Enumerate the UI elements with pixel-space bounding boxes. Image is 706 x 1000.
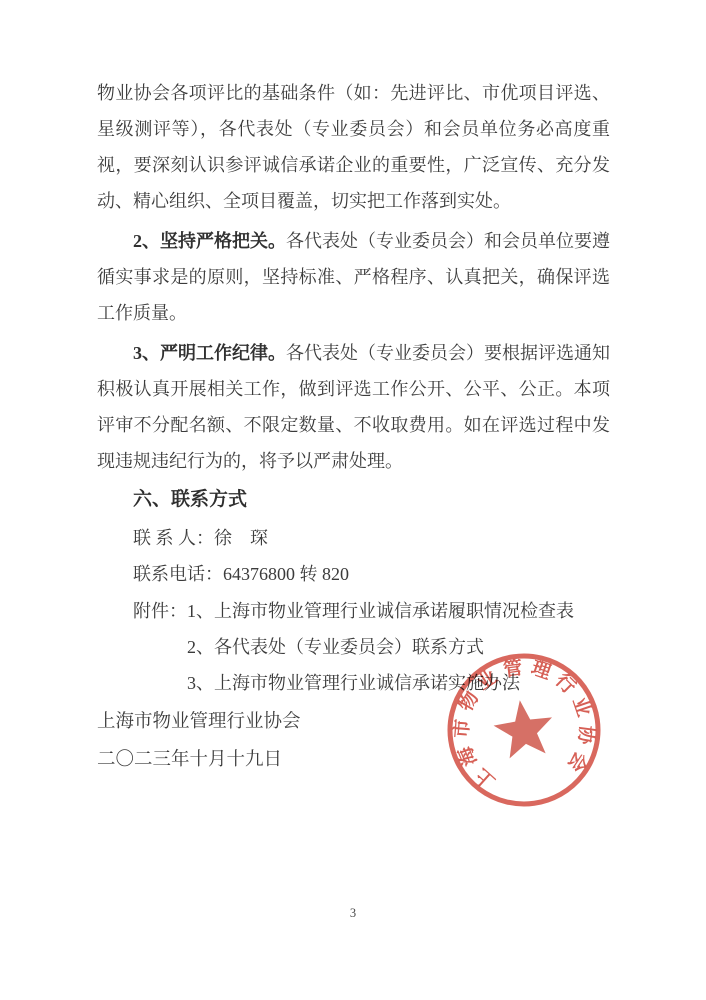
paragraph-text: 物业协会各项评比的基础条件（如：先进评比、市优项目评选、星级测评等），各代表处（… [97, 83, 610, 211]
attachments-list: 1、上海市物业管理行业诚信承诺履职情况检查表 2、各代表处（专业委员会）联系方式… [187, 593, 610, 701]
body-paragraph-continuation: 物业协会各项评比的基础条件（如：先进评比、市优项目评选、星级测评等），各代表处（… [97, 75, 610, 219]
contact-person-label: 联 系 人： [133, 528, 214, 548]
contact-phone-line: 联系电话：64376800 转 820 [97, 556, 610, 592]
signature-date: 二〇二三年十月十九日 [97, 742, 610, 778]
paragraph-lead: 2、坚持严格把关。 [133, 231, 286, 251]
attachments-label: 附件： [133, 593, 187, 701]
contact-person-line: 联 系 人：徐 琛 [97, 520, 610, 556]
section-heading-contact: 六、联系方式 [97, 482, 610, 518]
attachment-item: 2、各代表处（专业委员会）联系方式 [187, 629, 610, 665]
document-page: 物业协会各项评比的基础条件（如：先进评比、市优项目评选、星级测评等），各代表处（… [0, 0, 706, 1000]
attachment-item: 1、上海市物业管理行业诚信承诺履职情况检查表 [187, 593, 610, 629]
document-body: 物业协会各项评比的基础条件（如：先进评比、市优项目评选、星级测评等），各代表处（… [97, 75, 610, 778]
contact-phone-value: 64376800 转 820 [223, 564, 349, 584]
paragraph-lead: 3、严明工作纪律。 [133, 343, 286, 363]
body-paragraph-3: 3、严明工作纪律。各代表处（专业委员会）要根据评选通知积极认真开展相关工作，做到… [97, 335, 610, 479]
attachment-item: 3、上海市物业管理行业诚信承诺实施办法 [187, 665, 610, 701]
body-paragraph-2: 2、坚持严格把关。各代表处（专业委员会）和会员单位要遵循实事求是的原则，坚持标准… [97, 223, 610, 331]
contact-person-name: 徐 琛 [214, 528, 268, 548]
attachments-block: 附件： 1、上海市物业管理行业诚信承诺履职情况检查表 2、各代表处（专业委员会）… [97, 593, 610, 701]
contact-phone-label: 联系电话： [133, 564, 223, 584]
signature-organization: 上海市物业管理行业协会 [97, 704, 610, 740]
page-number: 3 [0, 906, 706, 921]
